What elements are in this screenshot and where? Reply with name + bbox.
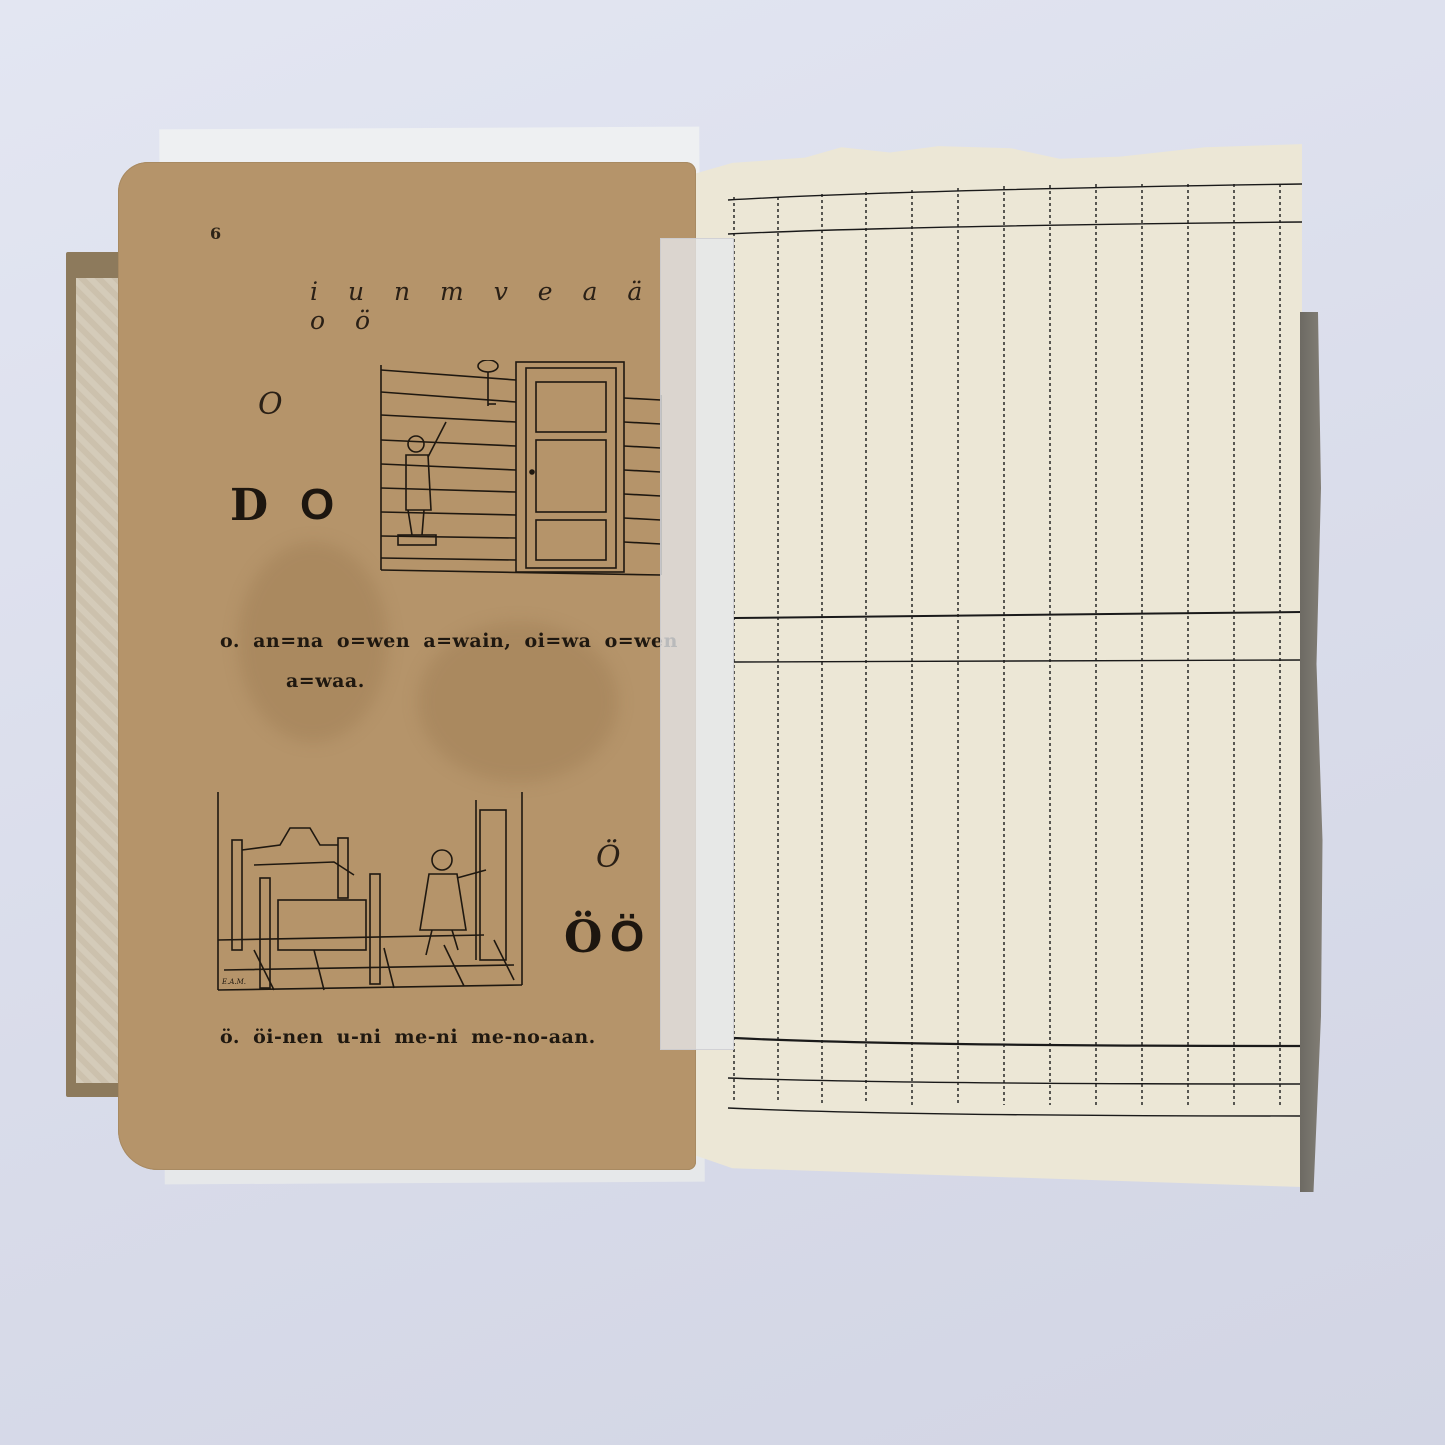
fraktur-letter-oe: Ö — [564, 912, 602, 963]
page-number: 6 — [210, 224, 221, 243]
alphabet-line: i u n m v e a ä o ö — [310, 277, 696, 335]
roman-letter-o: O — [300, 480, 334, 530]
repair-tape — [660, 238, 734, 1050]
script-letter-oe: Ö — [596, 840, 621, 875]
right-page-ledger — [696, 142, 1302, 1187]
text-line-oe: ö. öi-nen u-ni me-ni me-no-aan. — [220, 1026, 596, 1048]
cover-endpaper-pattern — [76, 278, 122, 1083]
illustration-boy-key-door — [376, 360, 666, 580]
left-page: 6 i u n m v e a ä o ö O D O — [118, 162, 696, 1170]
text-line-o-2: a=waa. — [286, 670, 365, 692]
ledger-grid — [696, 142, 1302, 1187]
text-line-o-1: o. an=na o=wen a=wain, oi=wa o=wen — [220, 630, 678, 652]
roman-letter-oe: Ö — [610, 912, 644, 962]
illustration-child-bed-door: E.A.M. — [214, 790, 529, 995]
fraktur-letter-o: D — [230, 480, 268, 531]
script-letter-o: O — [258, 387, 283, 422]
illustrator-mark: E.A.M. — [221, 978, 246, 986]
book-back-cover — [66, 252, 126, 1097]
